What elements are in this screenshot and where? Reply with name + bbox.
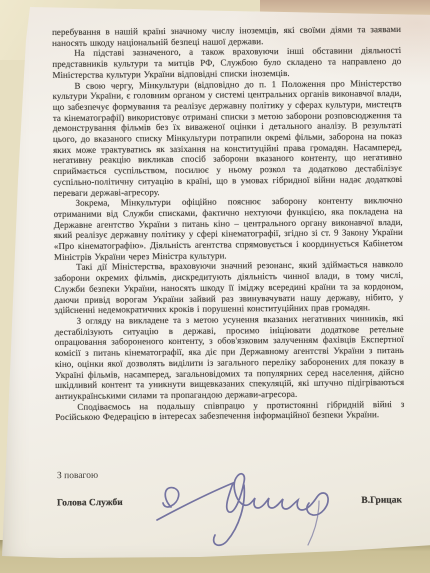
paragraph: Зокрема, Мінкультури офіційно пояснює за… — [53, 195, 403, 262]
letter-page: перебування в нашій країні значному числ… — [0, 0, 430, 573]
paragraph: З огляду на викладене та з метою усуненн… — [55, 313, 405, 402]
letter-body: перебування в нашій країні значному числ… — [52, 24, 404, 423]
signer-name: В.Грицак — [361, 495, 402, 505]
paragraph: В свою чергу, Мінкультури (відповідно до… — [52, 77, 402, 198]
closing-salutation: З повагою — [57, 471, 98, 481]
paragraph: Такі дії Міністерства, враховуючи значни… — [54, 259, 403, 316]
paragraph: перебування в нашій країні значному числ… — [52, 24, 401, 48]
paragraph: На підставі зазначеного, а також врахову… — [52, 45, 401, 80]
signature-ink-icon — [147, 457, 357, 557]
signer-title: Голова Служби — [57, 498, 123, 509]
paragraph: Сподіваємось на подальшу співпрацю у про… — [55, 399, 404, 423]
